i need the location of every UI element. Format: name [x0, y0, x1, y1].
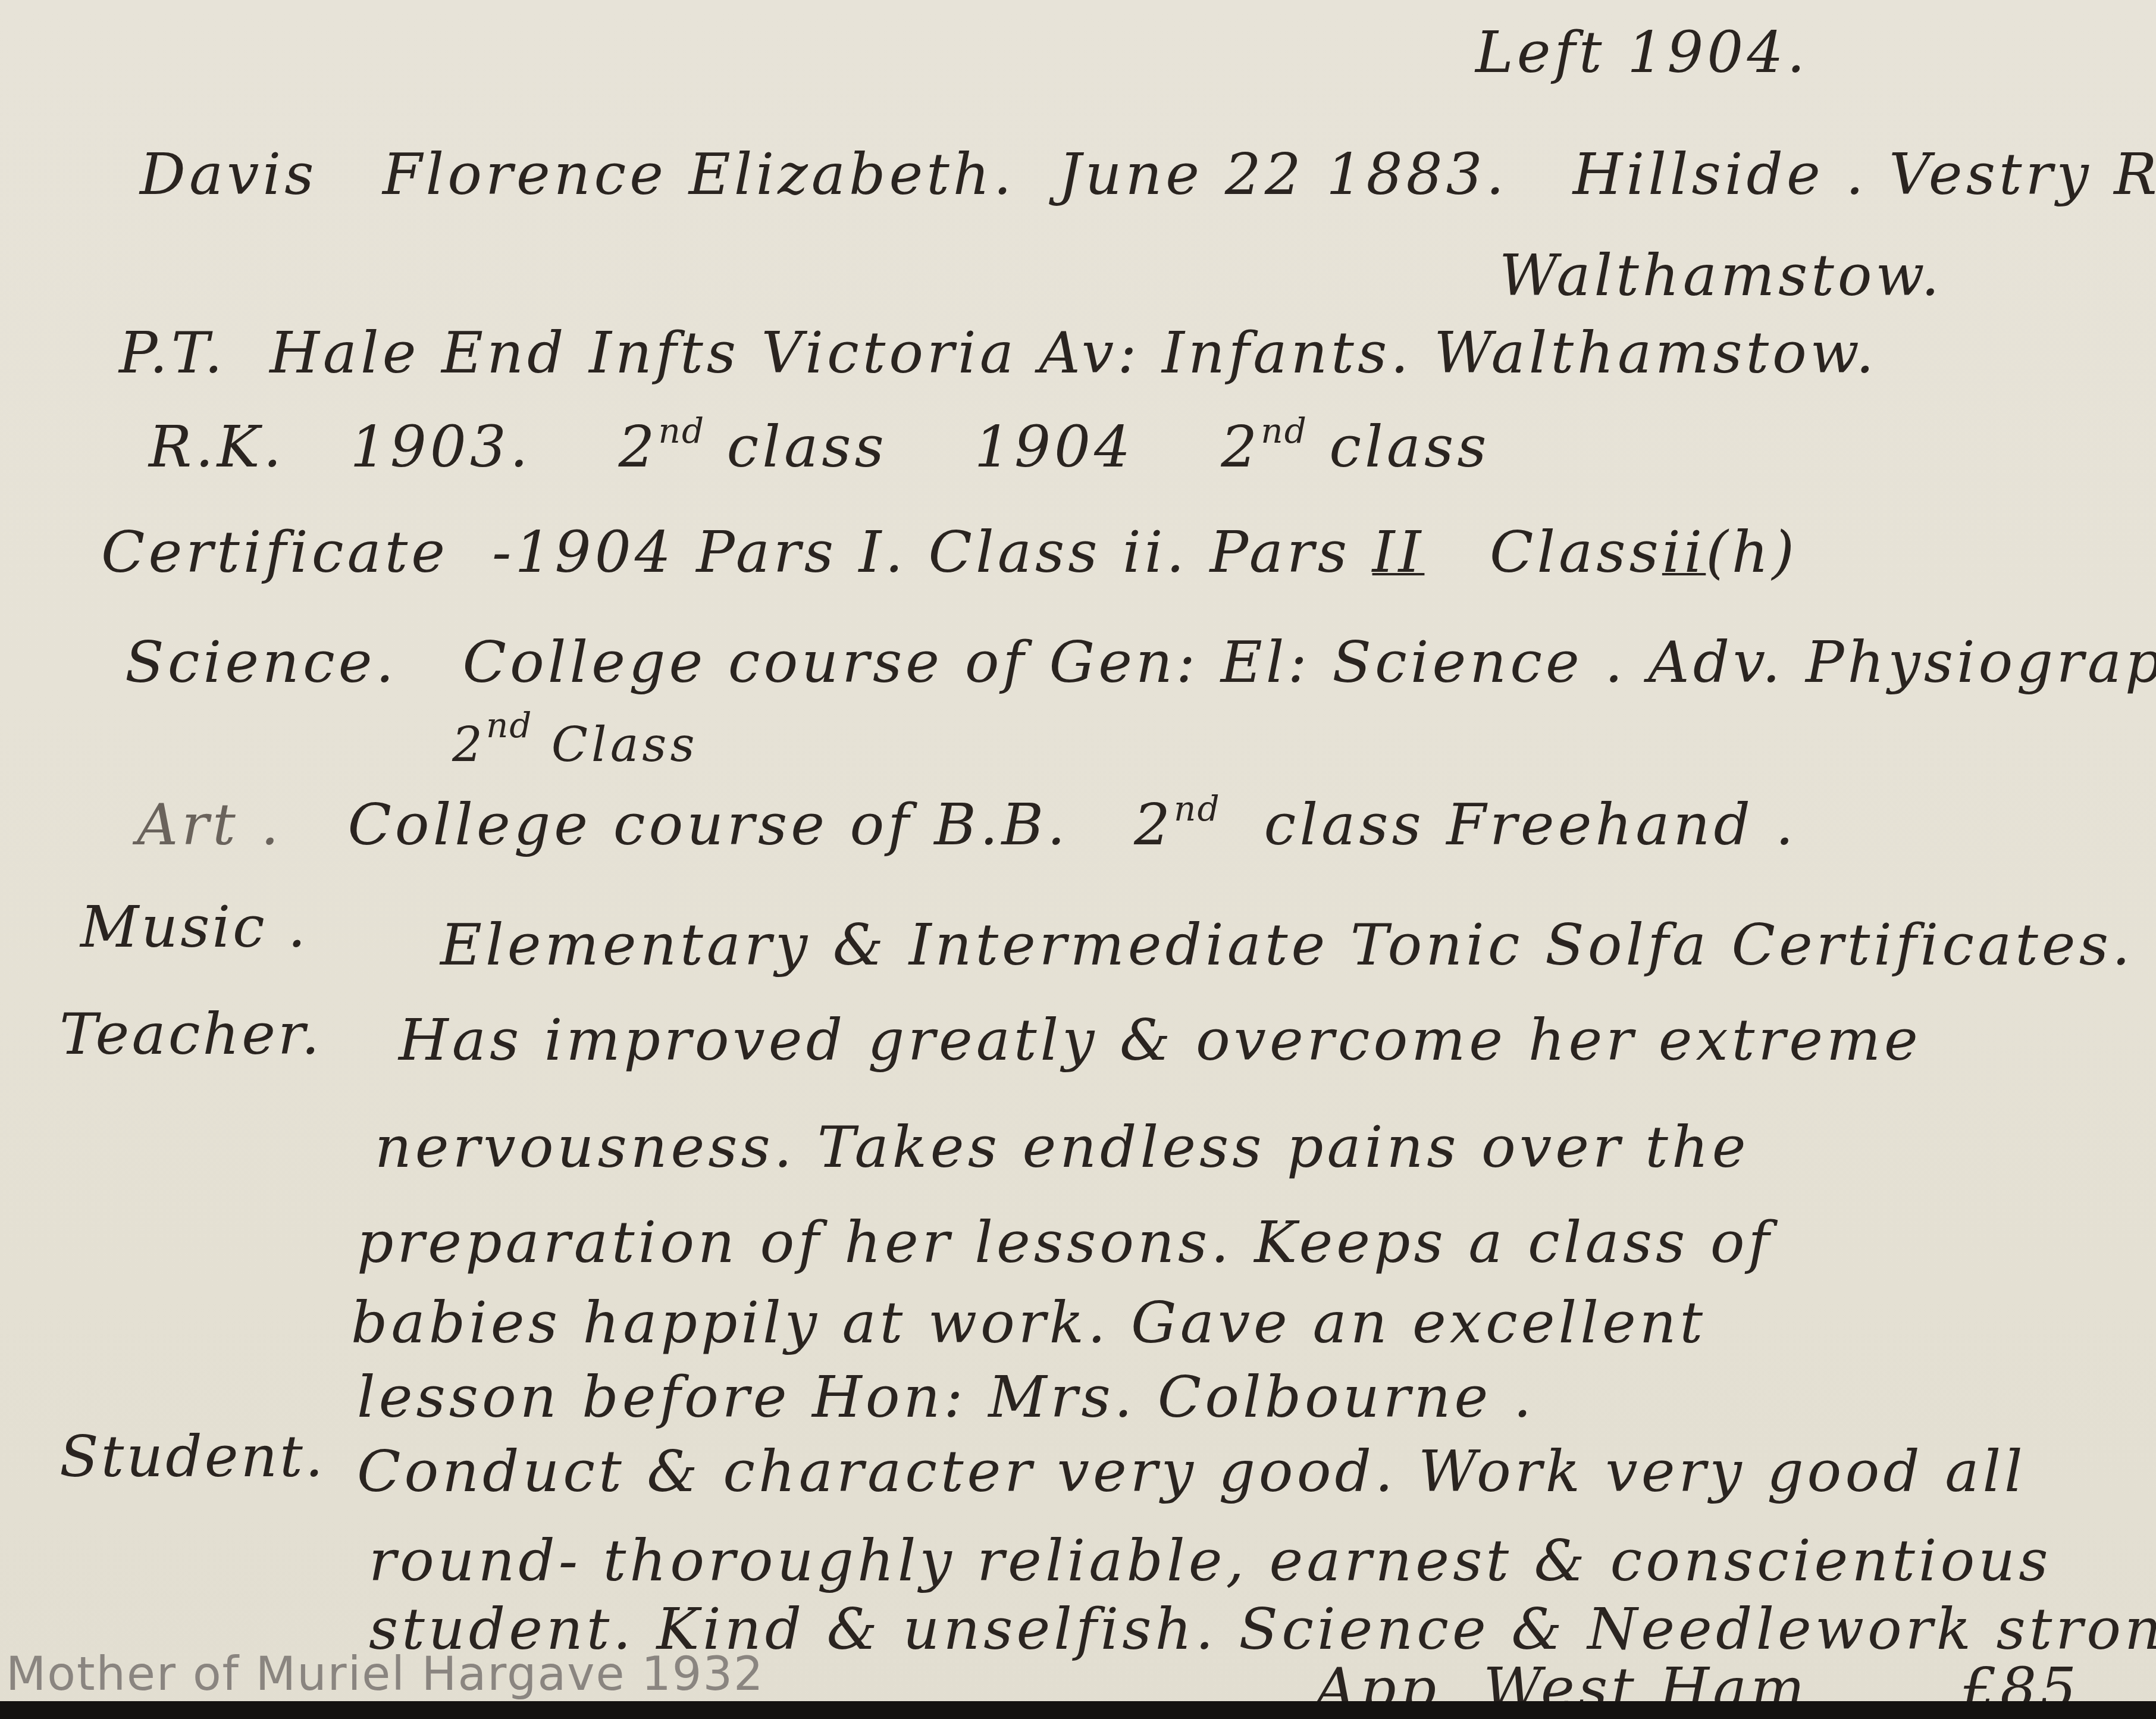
science-annotation-ordinal: 2	[452, 717, 486, 772]
art-line: Art . College course of B.B. 2nd class F…	[137, 791, 1797, 853]
rk-sup-2: nd	[1261, 411, 1307, 451]
birth-date: June 22 1883.	[1058, 141, 1508, 208]
art-text-b: class Freehand .	[1264, 791, 1797, 858]
science-line: Science. College course of Gen: El: Scie…	[125, 634, 2156, 691]
page-bottom-edge	[0, 1701, 2156, 1719]
pt-text: Hale End Infts Victoria Av: Infants. Wal…	[269, 320, 1878, 386]
record-card: Left 1904. Davis Florence Elizabeth. Jun…	[0, 0, 2156, 1719]
teacher-line: nervousness. Takes endless pains over th…	[375, 1119, 1750, 1176]
art-ordinal: 2	[1134, 791, 1174, 858]
science-annotation-class: Class	[551, 717, 698, 772]
teacher-line: Has improved greatly & overcome her extr…	[399, 1012, 1922, 1069]
rk-sup-1: nd	[659, 411, 705, 451]
rk-class-2: class	[1329, 414, 1490, 480]
music-label: Music .	[80, 898, 308, 956]
science-annotation-sup: nd	[486, 705, 532, 746]
rk-line: R.K. 1903. 2nd class 1904 2nd class	[149, 414, 1490, 475]
teacher-line: lesson before Hon: Mrs. Colbourne .	[357, 1369, 1535, 1426]
rk-ordinal-2: 2	[1221, 414, 1261, 480]
certificate-line: Certificate -1904 Pars I. Class ii. Pars…	[101, 524, 1798, 581]
teacher-line: preparation of her lessons. Keeps a clas…	[357, 1214, 1773, 1271]
certificate-text-a: -1904 Pars I. Class ii. Pars	[492, 519, 1350, 585]
science-text: College course of Gen: El: Science . Adv…	[463, 629, 2156, 696]
certificate-class-2-num: ii	[1662, 519, 1706, 585]
pt-line: P.T. Hale End Infts Victoria Av: Infants…	[119, 324, 1878, 381]
teacher-label: Teacher.	[59, 1006, 322, 1063]
pt-label: P.T.	[119, 320, 226, 386]
science-annotation: 2nd Class	[452, 708, 698, 769]
rk-year-1: 1903.	[350, 414, 532, 480]
certificate-label: Certificate	[101, 519, 449, 585]
certificate-text-c: (h)	[1706, 519, 1798, 585]
given-names: Florence Elizabeth.	[383, 141, 1015, 208]
rk-ordinal-1: 2	[618, 414, 658, 480]
address-line-1: Hillside . Vestry Rd .	[1573, 141, 2156, 208]
surname: Davis	[140, 141, 317, 208]
student-label: Student.	[59, 1428, 325, 1485]
art-text-a: College course of B.B.	[347, 791, 1068, 858]
pencil-note: Mother of Muriel Hargave 1932	[6, 1651, 764, 1698]
entry-line: Davis Florence Elizabeth. June 22 1883. …	[140, 146, 2156, 203]
student-line: round- thoroughly reliable, earnest & co…	[369, 1532, 2051, 1589]
rk-label: R.K.	[149, 414, 285, 480]
science-label: Science.	[125, 629, 397, 696]
left-date-note: Left 1904.	[1475, 24, 1809, 81]
student-line: Conduct & character very good. Work very…	[357, 1443, 2026, 1500]
rk-year-2: 1904	[974, 414, 1134, 480]
art-sup: nd	[1174, 788, 1220, 829]
music-text: Elementary & Intermediate Tonic Solfa Ce…	[440, 916, 2133, 973]
art-label: Art .	[137, 791, 283, 858]
rk-class-1: class	[727, 414, 888, 480]
certificate-pars-2-num: II	[1372, 519, 1425, 585]
certificate-text-b: Class	[1490, 519, 1662, 585]
teacher-line: babies happily at work. Gave an excellen…	[351, 1294, 1706, 1351]
address-line-2: Walthamstow.	[1499, 247, 1943, 304]
